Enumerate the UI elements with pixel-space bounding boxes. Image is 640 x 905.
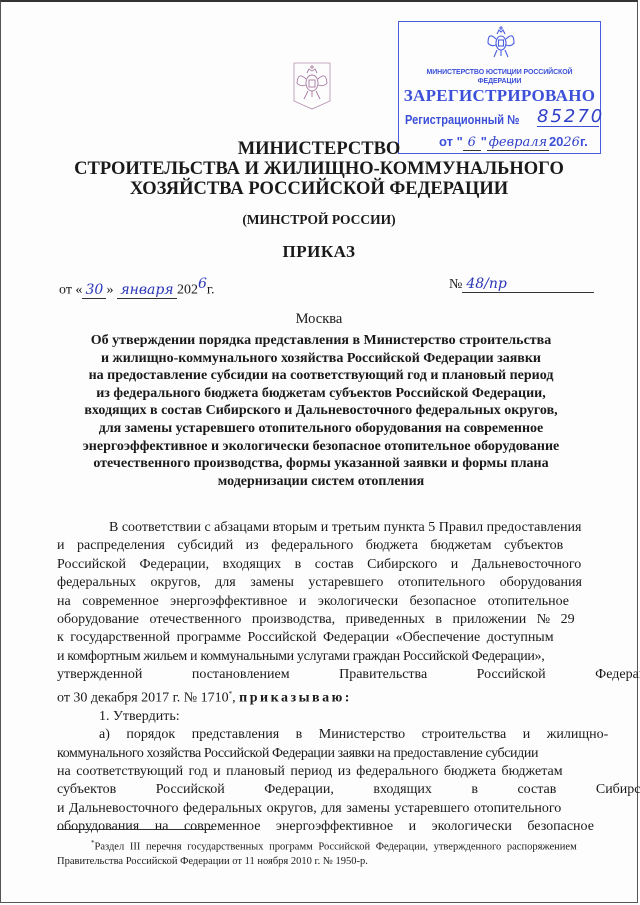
order-date-year-suffix: 6	[198, 276, 207, 292]
document-page: МИНИСТЕРСТВО ЮСТИЦИИ РОССИЙСКОЙ ФЕДЕРАЦИ…	[0, 0, 638, 903]
stamp-status: ЗАРЕГИСТРИРОВАНО	[399, 86, 600, 106]
preamble-line: оборудование отечественного производства…	[57, 611, 605, 629]
stamp-eagle-icon	[486, 25, 516, 61]
preamble-line: к государственной программе Российской Ф…	[57, 629, 605, 647]
city: Москва	[1, 311, 637, 328]
order-date-prefix: от «	[59, 283, 82, 298]
order-date-day-close: »	[106, 283, 113, 298]
order-number: №48/пр	[449, 276, 594, 293]
item-1a-line: оборудования на современное энергоэффект…	[57, 818, 605, 836]
registration-stamp: МИНИСТЕРСТВО ЮСТИЦИИ РОССИЙСКОЙ ФЕДЕРАЦИ…	[398, 21, 601, 154]
footnote-divider	[57, 829, 212, 830]
document-type: ПРИКАЗ	[1, 242, 637, 262]
preamble-line: и распределения субсидий из федерального…	[57, 537, 605, 555]
title-line: входящих в состав Сибирского и Дальневос…	[63, 402, 579, 420]
title-line: энергоэффективное и экологически безопас…	[63, 438, 579, 456]
item-1: 1. Утвердить:	[57, 708, 605, 726]
item-1a-line: на соответствующий год и плановый период…	[57, 763, 605, 781]
ministry-short-name: (МИНСТРОЙ РОССИИ)	[1, 212, 637, 228]
stamp-reg-label: Регистрационный №	[405, 112, 519, 127]
title-line: модернизации систем отопления	[63, 473, 579, 491]
ministry-name-line1: МИНИСТЕРСТВО	[1, 139, 637, 159]
decree-reference: от 30 декабря 2017 г. № 1710	[57, 690, 229, 705]
order-number-label: №	[449, 277, 462, 292]
preamble-line: утвержденной постановлением Правительств…	[57, 666, 605, 684]
order-date-year-end: г.	[207, 283, 215, 298]
preamble-line: В соответствии с абзацами вторым и треть…	[57, 519, 605, 537]
order-date-year-prefix: 202	[177, 283, 198, 298]
preamble-line: федеральных округов, для замены устаревш…	[57, 574, 605, 592]
item-1a-line: коммунального хозяйства Российской Федер…	[57, 745, 605, 763]
item-1a-line: и Дальневосточного федеральных округов, …	[57, 800, 605, 818]
title-line: Об утверждении порядка представления в М…	[63, 332, 579, 350]
order-title: Об утверждении порядка представления в М…	[63, 332, 579, 490]
title-line: для замены устаревшего отопительного обо…	[63, 420, 579, 438]
coat-of-arms-icon	[292, 61, 332, 111]
order-date: от «30» января2026г.	[59, 276, 215, 299]
footnote-text-line2: Правительства Российской Федерации от 11…	[57, 855, 605, 869]
item-1a-line: а) порядок представления в Министерство …	[57, 726, 605, 744]
item-1a-line: субъектов Российской Федерации, входящих…	[57, 781, 605, 799]
order-date-day: 30	[82, 282, 106, 299]
preamble-line: Российской Федерации, входящих в состав …	[57, 556, 605, 574]
title-line: на предоставление субсидии на соответств…	[63, 367, 579, 385]
stamp-organization: МИНИСТЕРСТВО ЮСТИЦИИ РОССИЙСКОЙ ФЕДЕРАЦИ…	[407, 67, 592, 85]
footnote: *Раздел III перечня государственных прог…	[57, 836, 605, 869]
order-command: приказываю:	[239, 690, 352, 705]
preamble-paragraph: В соответствии с абзацами вторым и треть…	[57, 519, 605, 837]
title-line: из федерального бюджета бюджетам субъект…	[63, 385, 579, 403]
ministry-name-line3: ХОЗЯЙСТВА РОССИЙСКОЙ ФЕДЕРАЦИИ	[1, 179, 637, 199]
preamble-last-line: от 30 декабря 2017 г. № 1710*, приказыва…	[57, 685, 605, 708]
order-date-month: января	[117, 282, 177, 299]
footnote-text: Раздел III перечня государственных прогр…	[95, 842, 577, 853]
preamble-line: на современное энергоэффективное и эколо…	[57, 593, 605, 611]
title-line: отечественного производства, формы указа…	[63, 455, 579, 473]
preamble-line: и комфортным жильем и коммунальными услу…	[57, 648, 605, 666]
order-number-value: 48/пр	[462, 276, 594, 293]
stamp-reg-number: 85270	[537, 108, 599, 127]
ministry-name-line2: СТРОИТЕЛЬСТВА И ЖИЛИЩНО-КОММУНАЛЬНОГО	[1, 159, 637, 179]
title-line: и жилищно-коммунального хозяйства Россий…	[63, 350, 579, 368]
